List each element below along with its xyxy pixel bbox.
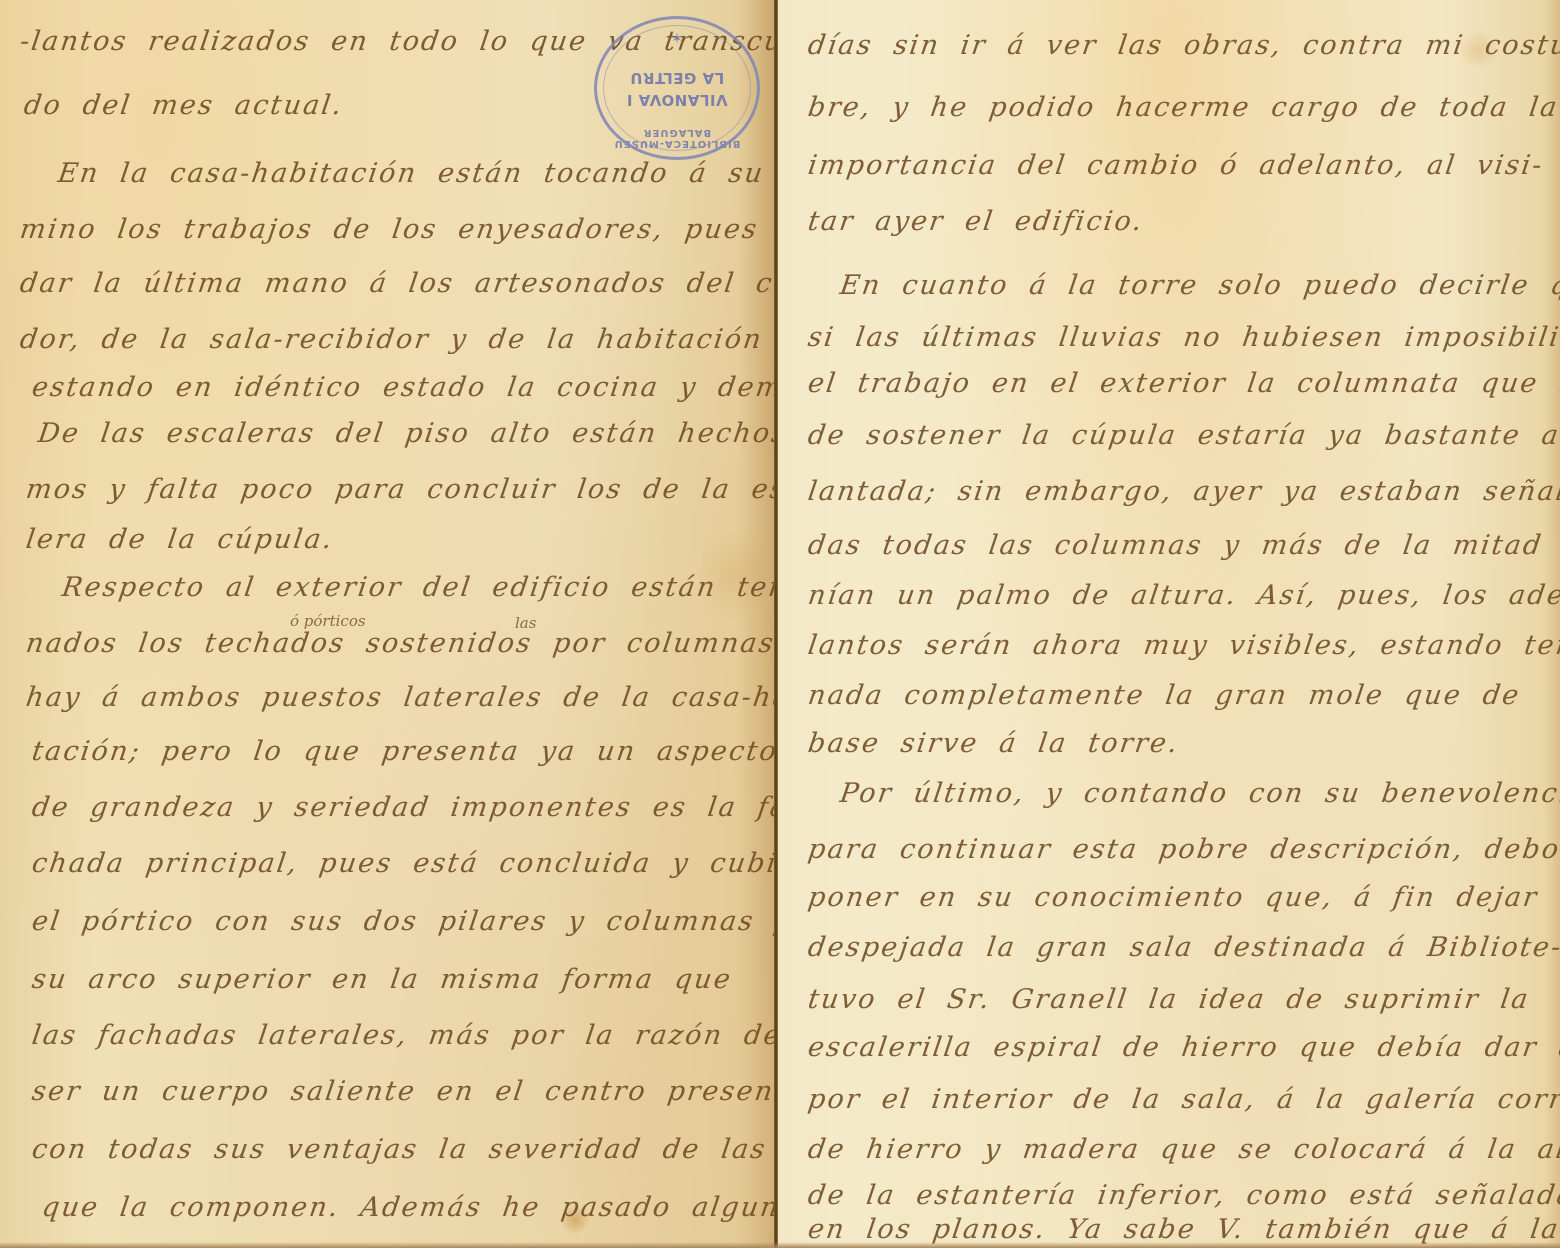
letter-spread: -lantos realizados en todo lo que va tra… <box>0 0 1560 1248</box>
text-line: nados los techados sostenidos por column… <box>24 628 776 659</box>
text-line: escalerilla espiral de hierro que debía … <box>806 1032 1560 1063</box>
text-line: por el interior de la sala, á la galería… <box>806 1084 1560 1115</box>
text-line: mos y falta poco para concluir los de la… <box>24 474 776 505</box>
text-line: hay á ambos puestos laterales de la casa… <box>24 682 776 713</box>
text-line: el trabajo en el exterior la columnata q… <box>806 368 1560 399</box>
text-line: las fachadas laterales, más por la razón… <box>30 1020 776 1051</box>
text-line: de grandeza y seriedad imponentes es la … <box>30 792 776 823</box>
text-line: base sirve á la torre. <box>806 728 1181 759</box>
text-line: En la casa-habitación están tocando á su… <box>56 158 776 189</box>
text-line: si las últimas lluvias no hubiesen impos… <box>806 322 1560 353</box>
text-line: tación; pero lo que presenta ya un aspec… <box>30 736 776 767</box>
text-line: bre, y he podido hacerme cargo de toda l… <box>806 92 1560 123</box>
text-line: lantada; sin embargo, ayer ya estaban se… <box>806 476 1560 507</box>
text-line: importancia del cambio ó adelanto, al vi… <box>806 150 1546 181</box>
stamp-city-line-2: LA GELTRU <box>597 69 757 87</box>
left-page: -lantos realizados en todo lo que va tra… <box>0 0 776 1248</box>
text-line: tuvo el Sr. Granell la idea de suprimir … <box>806 984 1532 1015</box>
text-line: En cuanto á la torre solo puedo decirle … <box>838 270 1560 301</box>
stamp-ring-text: BIBLIOTECA-MUSEU BALAGUER <box>597 127 757 149</box>
text-line: lera de la cúpula. <box>24 524 336 555</box>
text-line: de sostener la cúpula estaría ya bastant… <box>806 420 1560 451</box>
text-line: despejada la gran sala destinada á Bibli… <box>806 932 1560 963</box>
text-line: para continuar esta pobre descripción, d… <box>806 834 1560 865</box>
text-line: con todas sus ventajas la severidad de l… <box>30 1134 776 1165</box>
text-line: de hierro y madera que se colocará á la … <box>806 1134 1560 1165</box>
paper-bottom-edge <box>0 1242 1560 1248</box>
text-line: Respecto al exterior del edificio están … <box>60 572 776 603</box>
text-line: estando en idéntico estado la cocina y d… <box>30 372 776 403</box>
text-line: días sin ir á ver las obras, contra mi c… <box>806 30 1560 61</box>
text-line: ser un cuerpo saliente en el centro pres… <box>30 1076 776 1107</box>
text-line: poner en su conocimiento que, á fin deja… <box>806 882 1560 913</box>
text-line: dor, de la sala-recibidor y de la habita… <box>18 324 776 355</box>
text-line: do del mes actual. <box>22 90 345 121</box>
text-line: chada principal, pues está concluida y c… <box>30 848 776 879</box>
stamp-city-line-1: VILANOVA I <box>597 91 757 109</box>
text-line: Por último, y contando con su benevolenc… <box>838 778 1560 809</box>
text-line: De las escaleras del piso alto están hec… <box>36 418 776 449</box>
text-line: el pórtico con sus dos pilares y columna… <box>30 906 776 937</box>
text-line: nían un palmo de altura. Así, pues, los … <box>806 580 1560 611</box>
text-line: en los planos. Ya sabe V. también que á … <box>806 1214 1560 1245</box>
text-line: de la estantería inferior, como está señ… <box>806 1180 1560 1211</box>
text-line: su arco superior en la misma forma que <box>30 964 734 995</box>
right-page: días sin ir á ver las obras, contra mi c… <box>778 0 1560 1248</box>
text-line: mino los trabajos de los enyesadores, pu… <box>18 214 776 245</box>
library-stamp: BIBLIOTECA-MUSEU BALAGUER VILANOVA I LA … <box>594 16 760 160</box>
text-line: que la componen. Además he pasado alguno… <box>40 1192 776 1223</box>
text-line: das todas las columnas y más de la mitad… <box>806 530 1560 561</box>
text-line: tar ayer el edificio. <box>806 206 1146 237</box>
star-icon: ✶ <box>597 29 757 45</box>
text-line: lantos serán ahora muy visibles, estando… <box>806 630 1560 661</box>
text-line: nada completamente la gran mole que de <box>806 680 1523 711</box>
text-line: dar la última mano á los artesonados del… <box>18 268 776 299</box>
